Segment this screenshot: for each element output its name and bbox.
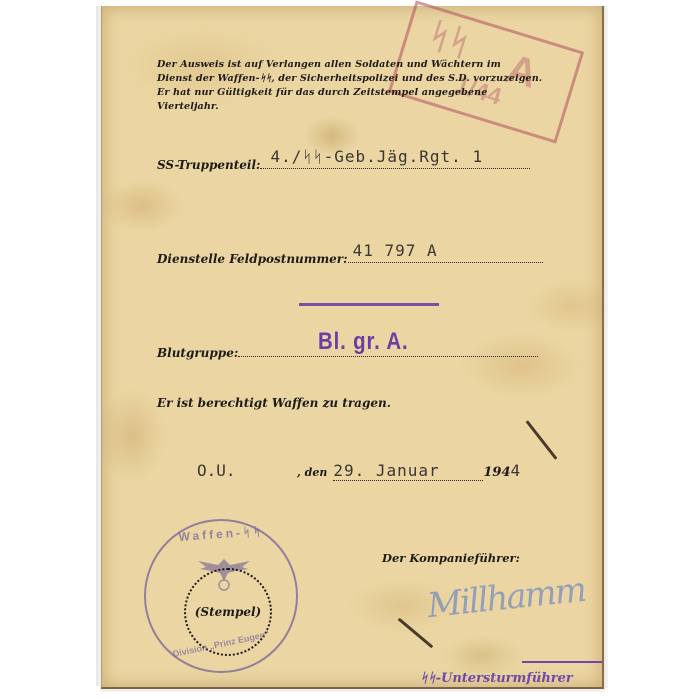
id-document-page: ᛋᛋ A 1/44 Der Ausweis ist auf Verlangen … [101, 6, 604, 689]
official-round-stamp: Waffen-ᛋᛋ (Stempel) Division „Prinz Euge… [144, 519, 298, 673]
feldpost-line: 41 797 A [348, 248, 543, 263]
unit-label: SS-Truppenteil: [157, 158, 260, 172]
staple-bottom [398, 618, 434, 649]
blood-group-stamp-bar [299, 303, 439, 306]
blood-group-label: Blutgruppe: [157, 346, 238, 360]
intro-line: Dienst der Waffen-ᛋᛋ, der Sicherheitspol… [157, 72, 547, 86]
den-label: , den [297, 466, 327, 479]
feldpost-label: Dienstelle Feldpostnummer: [157, 252, 348, 266]
intro-line: Der Ausweis ist auf Verlangen allen Sold… [157, 58, 547, 72]
weapons-statement: Er ist berechtigt Waffen zu tragen. [157, 396, 391, 410]
feldpost-value: 41 797 A [353, 241, 438, 260]
unit-line: 4./ᛋᛋ-Geb.Jäg.Rgt. 1 [260, 154, 530, 169]
blood-group-value: Bl. gr. A. [318, 328, 408, 356]
blood-group-field: Blutgruppe: Bl. gr. A. [157, 342, 538, 360]
blood-group-line: Bl. gr. A. [238, 342, 538, 357]
year-suffix: 4 [511, 461, 521, 480]
year-prefix: 194 [483, 465, 510, 480]
intro-line: Er hat nur Gültigkeit für das durch Zeit… [157, 86, 547, 114]
commander-label: Der Kompanieführer: [382, 551, 520, 565]
commander-signature: Millhamm [425, 570, 586, 626]
rank-stamp: ᛋᛋ-Untersturmführer [420, 671, 573, 686]
place-value: O.U. [197, 461, 297, 480]
unit-field: SS-Truppenteil: 4./ᛋᛋ-Geb.Jäg.Rgt. 1 [157, 154, 530, 172]
feldpost-field: Dienstelle Feldpostnummer: 41 797 A [157, 248, 543, 266]
rank-stamp-bar [522, 661, 602, 663]
unit-value: 4./ᛋᛋ-Geb.Jäg.Rgt. 1 [270, 147, 483, 166]
round-stamp-top-text: Waffen-ᛋᛋ [176, 524, 267, 544]
date-value: 29. Januar [333, 461, 483, 481]
place-date-row: O.U. , den 29. Januar 194 4 [197, 461, 520, 481]
staple-right [526, 420, 558, 460]
stempel-label: (Stempel) [186, 605, 270, 619]
intro-text: Der Ausweis ist auf Verlangen allen Sold… [157, 58, 547, 114]
